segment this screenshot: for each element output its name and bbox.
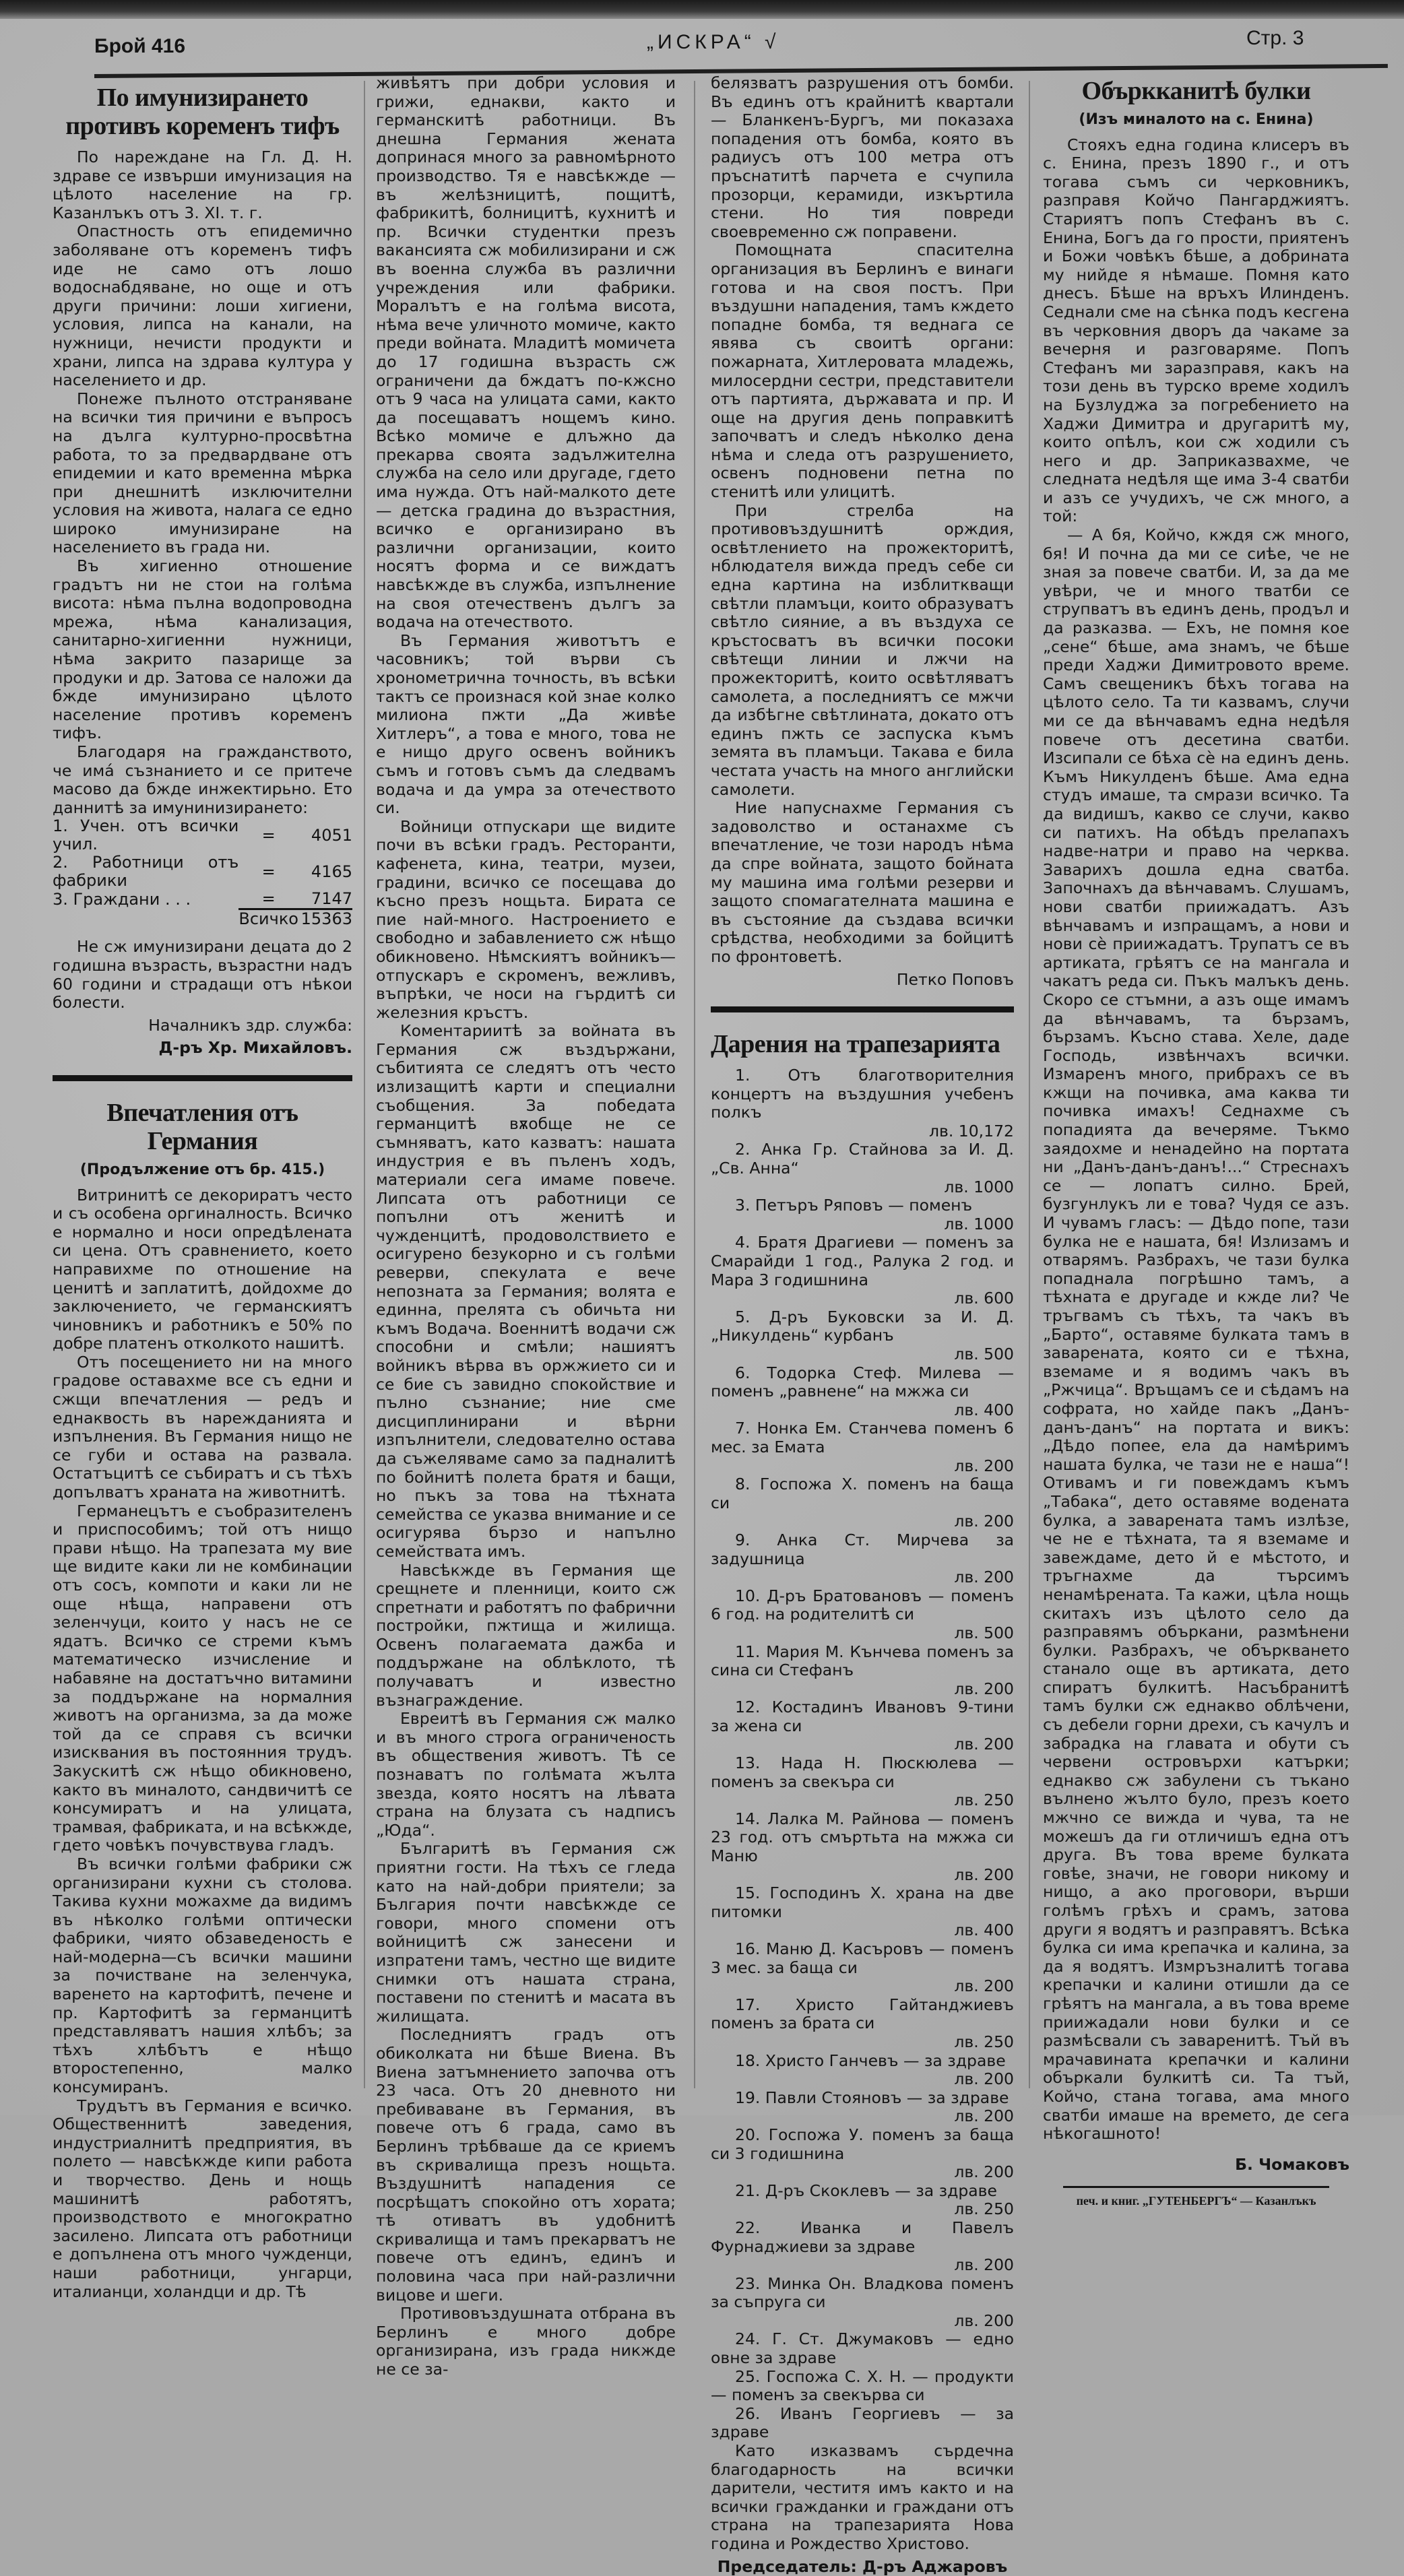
paragraph: Помощната спасителна организация въ Берл… [711, 241, 1014, 501]
donation-text: 17. Христо Гайтанджиевъ поменъ за брата … [711, 1995, 1014, 2033]
list-item: 11. Мария М. Кънчева поменъ за сина си С… [711, 1643, 1014, 1699]
donation-amount: лв. 200 [711, 1977, 1014, 1996]
donation-amount: лв. 200 [711, 2070, 1014, 2089]
table-row: 1. Учен. отъ всички учил. = 4051 [53, 817, 352, 854]
column-3: белязватъ разрушения отъ бомби. Въ единъ… [711, 74, 1014, 2115]
donation-text: 2. Анка Гр. Стайнова за И. Д. „Св. Анна“ [711, 1140, 1014, 1178]
donation-text: 15. Господинъ Х. храна на две питомки [711, 1883, 1014, 1921]
donation-text: 4. Братя Драгиеви — поменъ за Смарайди 1… [711, 1233, 1014, 1289]
donation-text: 7. Нонка Ем. Станчева поменъ 6 мес. за Е… [711, 1419, 1014, 1456]
paragraph: Германецътъ е съобразителенъ и приспособ… [53, 1502, 352, 1855]
list-item: 17. Христо Гайтанджиевъ поменъ за брата … [711, 1996, 1014, 2052]
column-4: Объркканитѣ булки (Изъ миналото на с. Ен… [1043, 74, 1349, 2115]
article-headline: По имунизирането противъ коременъ тифъ [53, 84, 352, 140]
paragraph: Въ всички голѣми фабрики сж организирани… [53, 1855, 352, 2097]
paragraph: — А бя, Койчо, кждя сж много, бя! И почн… [1043, 526, 1349, 2115]
donation-amount: лв. 200 [711, 1457, 1014, 1476]
paragraph: живѣятъ при добри условия и грижи, еднак… [376, 74, 676, 632]
list-item: 10. Д-ръ Братовановъ — поменъ 6 год. на … [711, 1587, 1014, 1643]
donation-text: 3. Петъръ Ряповъ — поменъ [735, 1196, 972, 1215]
column-divider [1029, 81, 1030, 2088]
article-donations: Дарения на трапезарията 1. Отъ благотвор… [711, 1030, 1014, 2115]
immunization-stats-table: 1. Учен. отъ всички учил. = 4051 2. Рабо… [53, 817, 352, 928]
paragraph: Въ хигиенно отношение градътъ ни не стои… [53, 557, 352, 743]
list-item: 1. Отъ благотворителния концертъ на възд… [711, 1066, 1014, 1140]
page-number: Стр. 3 [1246, 27, 1304, 50]
paragraph: Трудътъ въ Германия е всичко. Общественн… [53, 2097, 352, 2115]
column-divider [364, 81, 365, 2088]
article-headline: Впечатления отъ Германия [53, 1099, 352, 1155]
paragraph: Витринитѣ се декориратъ често и съ особе… [53, 1186, 352, 1353]
table-row: 2. Работници отъ фабрики = 4165 [53, 854, 352, 890]
donation-amount: лв. 500 [711, 1624, 1014, 1643]
paragraph: Отъ посещението ни на много градове оста… [53, 1353, 352, 1502]
list-item: 3. Петъръ Ряповъ — поменълв. 1000 [711, 1196, 1014, 1233]
donation-text: 5. Д-ръ Буковски за И. Д. „Никулдень“ ку… [711, 1308, 1014, 1345]
list-item: 4. Братя Драгиеви — поменъ за Смарайди 1… [711, 1233, 1014, 1308]
donation-amount: лв. 200 [711, 1866, 1014, 1885]
article-subhead: (Изъ миналото на с. Енина) [1043, 110, 1349, 129]
donation-text: 10. Д-ръ Братовановъ — поменъ 6 год. на … [711, 1586, 1014, 1624]
masthead: Брой 416 „ИСКРА“ √ Стр. 3 [40, 27, 1354, 67]
article-headline: Объркканитѣ булки [1043, 77, 1349, 105]
paragraph: Навсѣкжде въ Германия ще срещнете и плен… [376, 1561, 676, 1710]
article-germany: Впечатления отъ Германия (Продължение от… [53, 1099, 352, 2115]
donation-text: 12. Костадинъ Ивановъ 9-тини за жена си [711, 1698, 1014, 1735]
list-item: 2. Анка Гр. Стайнова за И. Д. „Св. Анна“… [711, 1140, 1014, 1196]
list-item: 13. Нада Н. Пюскюлева — поменъ за свекър… [711, 1754, 1014, 1810]
donation-text: 13. Нада Н. Пюскюлева — поменъ за свекър… [711, 1753, 1014, 1791]
section-divider [711, 1006, 1014, 1012]
article-brides: Объркканитѣ булки (Изъ миналото на с. Ен… [1043, 77, 1349, 2115]
list-item: 8. Госпожа Х. поменъ на баща силв. 200 [711, 1475, 1014, 1531]
article-headline: Дарения на трапезарията [711, 1030, 1014, 1058]
article-typhus: По имунизирането противъ коременъ тифъ П… [53, 84, 352, 1058]
list-item: 15. Господинъ Х. храна на две питомкилв.… [711, 1884, 1014, 1940]
paragraph: Понеже пълното отстраняване на всички ти… [53, 390, 352, 557]
list-item: 9. Анка Ст. Мирчева за задушницалв. 200 [711, 1531, 1014, 1587]
table-row: 3. Граждани . . . = 7147 [53, 890, 352, 909]
donation-amount: лв. 10,172 [711, 1122, 1014, 1141]
paragraph: По нареждане на Гл. Д. Н. здраве се извъ… [53, 148, 352, 222]
donation-text: 19. Павли Стояновъ — за здраве [735, 2088, 1009, 2107]
donation-text: 11. Мария М. Кънчева поменъ за сина си С… [711, 1642, 1014, 1680]
newspaper-title: „ИСКРА“ √ [647, 31, 780, 54]
paragraph: Благодаря на гражданството, че имá съзна… [53, 743, 352, 817]
donation-amount: лв. 500 [711, 1345, 1014, 1364]
issue-number: Брой 416 [94, 35, 185, 58]
donation-amount: лв. 600 [711, 1289, 1014, 1308]
donation-text: 1. Отъ благотворителния концертъ на възд… [711, 1066, 1014, 1122]
newspaper-page: Брой 416 „ИСКРА“ √ Стр. 3 По имунизиране… [0, 0, 1404, 2115]
list-item: 14. Лалка М. Райнова — поменъ 23 год. от… [711, 1810, 1014, 1884]
donation-amount: лв. 1000 [711, 1178, 1014, 1197]
donation-amount: лв. 200 [711, 1680, 1014, 1699]
donation-text: 8. Госпожа Х. поменъ на баща си [711, 1475, 1014, 1512]
donation-amount: лв. 400 [711, 1921, 1014, 1940]
paragraph: белязватъ разрушения отъ бомби. Въ единъ… [711, 74, 1014, 241]
donation-amount: лв. 400 [711, 1401, 1014, 1420]
paragraph: Не сж имунизирани децата до 2 годишна въ… [53, 938, 352, 1012]
paragraph: Въ Германия животътъ е часовникъ; той въ… [376, 632, 676, 818]
paragraph: Опастность отъ епидемично заболяване отъ… [53, 222, 352, 389]
donation-amount: лв. 250 [711, 2033, 1014, 2052]
signature-title: Началникъ здр. служба: [53, 1017, 352, 1035]
paragraph: Ние напуснахме Германия съ задоволство и… [711, 799, 1014, 966]
donation-text: 16. Маню Д. Касъровъ — поменъ 3 мес. за … [711, 1939, 1014, 1977]
section-divider [53, 1075, 352, 1081]
column-divider [694, 81, 695, 2088]
donation-amount: лв. 200 [711, 2107, 1014, 2115]
signature-name: Петко Поповъ [711, 971, 1014, 990]
donation-amount: лв. 200 [711, 1735, 1014, 1754]
donation-text: 14. Лалка М. Райнова — поменъ 23 год. от… [711, 1809, 1014, 1865]
table-total-row: Всичко 15363 [53, 909, 352, 929]
paragraph: Стояхъ една година клисеръ въ с. Енина, … [1043, 136, 1349, 526]
list-item: 12. Костадинъ Ивановъ 9-тини за жена сил… [711, 1698, 1014, 1754]
list-item: 6. Тодорка Стеф. Милева — поменъ „равнен… [711, 1364, 1014, 1420]
donation-text: 6. Тодорка Стеф. Милева — поменъ „равнен… [711, 1363, 1014, 1401]
donation-amount: лв. 200 [711, 1568, 1014, 1587]
donation-amount: лв. 250 [711, 1791, 1014, 1810]
article-subhead: (Продължение отъ бр. 415.) [53, 1161, 352, 1180]
paragraph: Коментариитѣ за войната въ Германия сж в… [376, 1022, 676, 1561]
column-2: живѣятъ при добри условия и грижи, еднак… [376, 74, 676, 2115]
paragraph: Войници отпускари ще видите почи въ всѣк… [376, 818, 676, 1023]
list-item: 5. Д-ръ Буковски за И. Д. „Никулдень“ ку… [711, 1308, 1014, 1364]
paragraph: Българитѣ въ Германия сж приятни гости. … [376, 1840, 676, 2026]
paragraph: При стрелба на противовъздушнитѣ орждия,… [711, 502, 1014, 800]
donation-text: 9. Анка Ст. Мирчева за задушница [711, 1531, 1014, 1568]
column-1: По имунизирането противъ коременъ тифъ П… [53, 74, 352, 2115]
donation-amount: лв. 1000 [711, 1215, 1014, 1234]
scan-edge-shadow [0, 0, 1404, 19]
paragraph: Евреитѣ въ Германия сж малко и въ много … [376, 1710, 676, 1840]
signature-name: Д-ръ Хр. Михайловъ. [53, 1039, 352, 1058]
list-item: 18. Христо Ганчевъ — за здравелв. 200 [711, 2052, 1014, 2089]
paragraph: Последниятъ градъ отъ обиколката ни бѣше… [376, 2026, 676, 2115]
donations-list: 1. Отъ благотворителния концертъ на възд… [711, 1066, 1014, 2115]
donation-text: 18. Христо Ганчевъ — за здраве [735, 2051, 1006, 2070]
donation-amount: лв. 200 [711, 1512, 1014, 1531]
list-item: 19. Павли Стояновъ — за здравелв. 200 [711, 2089, 1014, 2115]
list-item: 16. Маню Д. Касъровъ — поменъ 3 мес. за … [711, 1940, 1014, 1996]
list-item: 7. Нонка Ем. Станчева поменъ 6 мес. за Е… [711, 1419, 1014, 1475]
